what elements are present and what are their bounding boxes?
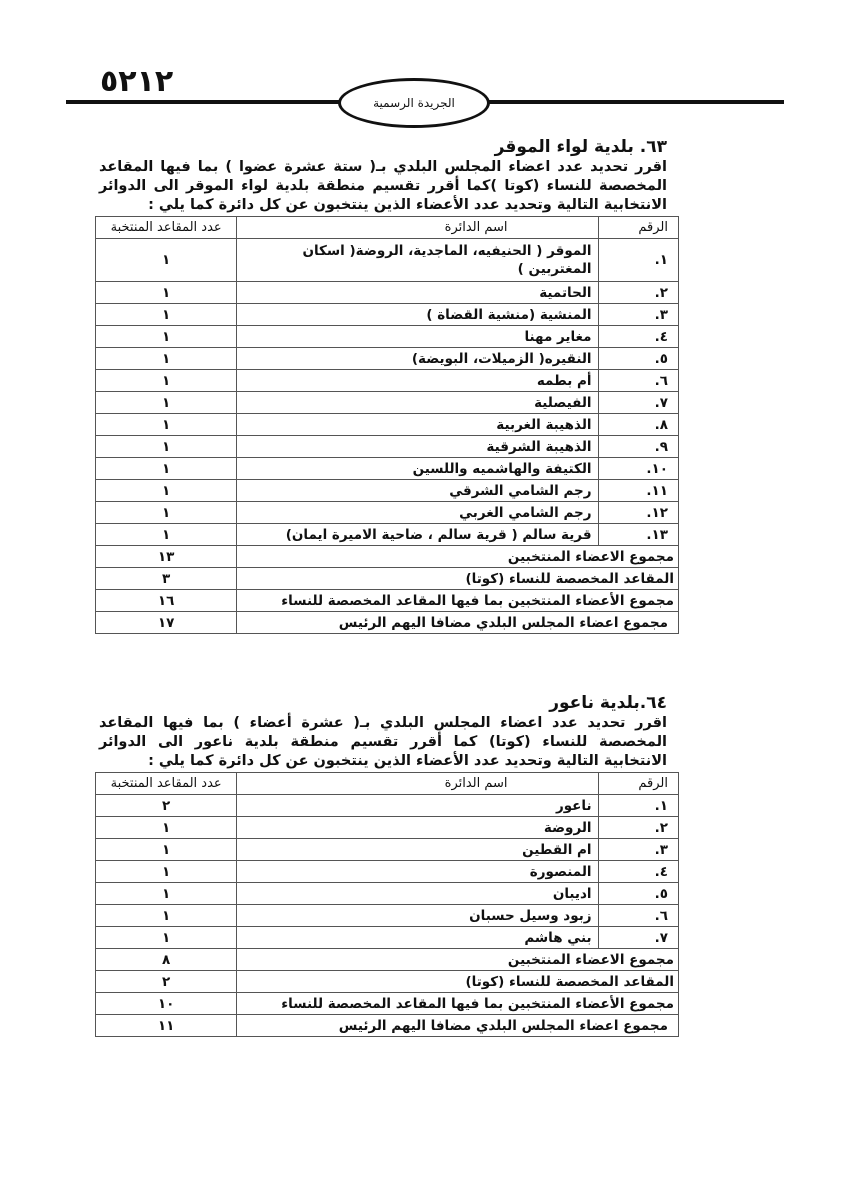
summary-row: مجموع الاعضاء المنتخبين ١٣ [96, 546, 679, 568]
summary-row: مجموع اعضاء المجلس البلدي مضافا اليهم ال… [96, 612, 679, 634]
table-row: ٩. الذهيبة الشرقية ١ [96, 436, 679, 458]
row-number: ٣. [598, 839, 678, 861]
summary-value: ١١ [96, 1015, 237, 1037]
gazette-oval: الجريدة الرسمية [338, 78, 490, 128]
row-seats: ١ [96, 392, 237, 414]
districts-table: الرقم اسم الدائرة عدد المقاعد المنتخبة ١… [95, 772, 679, 1037]
table-row: ٧. الفيصلية ١ [96, 392, 679, 414]
row-district: الذهيبة الشرقية [237, 436, 598, 458]
row-number: ٧. [598, 927, 678, 949]
section-intro: اقرر تحديد عدد اعضاء المجلس البلدي بـ( ع… [95, 714, 679, 771]
summary-value: ٣ [96, 568, 237, 590]
summary-row: المقاعد المخصصة للنساء (كوتا) ٢ [96, 971, 679, 993]
row-seats: ١ [96, 817, 237, 839]
table-row: ٦. زبود وسيل حسبان ١ [96, 905, 679, 927]
row-district: اديبان [237, 883, 598, 905]
summary-label: المقاعد المخصصة للنساء (كوتا) [237, 971, 679, 993]
page-number: ٥٢١٢ [100, 64, 173, 99]
section-title: ٦٣. بلدية لواء الموقر [95, 136, 679, 158]
row-number: ١٠. [598, 458, 678, 480]
row-district: بني هاشم [237, 927, 598, 949]
table-row: ٨. الذهيبة الغربية ١ [96, 414, 679, 436]
table-row: ١. الموقر ( الحنيفيه، الماجدية، الروضة( … [96, 239, 679, 282]
header-seats: عدد المقاعد المنتخبة [96, 773, 237, 795]
districts-table: الرقم اسم الدائرة عدد المقاعد المنتخبة ١… [95, 216, 679, 634]
row-seats: ١ [96, 436, 237, 458]
row-seats: ١ [96, 239, 237, 282]
row-number: ٥. [598, 348, 678, 370]
summary-label: مجموع اعضاء المجلس البلدي مضافا اليهم ال… [237, 612, 679, 634]
header-district: اسم الدائرة [237, 773, 598, 795]
summary-label: المقاعد المخصصة للنساء (كوتا) [237, 568, 679, 590]
row-number: ٦. [598, 905, 678, 927]
header-number: الرقم [598, 217, 678, 239]
table-row: ٦. أم بطمه ١ [96, 370, 679, 392]
row-number: ١. [598, 795, 678, 817]
summary-value: ١٧ [96, 612, 237, 634]
summary-label: مجموع الاعضاء المنتخبين [237, 546, 679, 568]
row-district: الحاتمية [237, 282, 598, 304]
row-seats: ١ [96, 370, 237, 392]
row-seats: ١ [96, 524, 237, 546]
row-number: ١١. [598, 480, 678, 502]
row-number: ٩. [598, 436, 678, 458]
header-seats: عدد المقاعد المنتخبة [96, 217, 237, 239]
row-number: ٧. [598, 392, 678, 414]
row-number: ٢. [598, 817, 678, 839]
table-row: ٣. المنشية (منشية القضاة ) ١ [96, 304, 679, 326]
row-district: ام القطين [237, 839, 598, 861]
row-district: الذهيبة الغربية [237, 414, 598, 436]
row-number: ٥. [598, 883, 678, 905]
table-row: ٥. النقيره( الزميلات، البويضة) ١ [96, 348, 679, 370]
table-row: ٢. الحاتمية ١ [96, 282, 679, 304]
table-row: ٢. الروضة ١ [96, 817, 679, 839]
summary-value: ١٣ [96, 546, 237, 568]
table-row: ٤. المنصورة ١ [96, 861, 679, 883]
summary-value: ١٦ [96, 590, 237, 612]
row-seats: ١ [96, 480, 237, 502]
row-district: الكتيفة والهاشميه واللسين [237, 458, 598, 480]
row-number: ١٢. [598, 502, 678, 524]
table-row: ٥. اديبان ١ [96, 883, 679, 905]
summary-row: مجموع الأعضاء المنتخبين بما فيها المقاعد… [96, 993, 679, 1015]
row-seats: ١ [96, 348, 237, 370]
row-district: رجم الشامي الغربي [237, 502, 598, 524]
table-row: ١٣. قرية سالم ( قرية سالم ، ضاحية الامير… [96, 524, 679, 546]
summary-label: مجموع الاعضاء المنتخبين [237, 949, 679, 971]
row-district: رجم الشامي الشرقي [237, 480, 598, 502]
summary-value: ١٠ [96, 993, 237, 1015]
table-row: ١٠. الكتيفة والهاشميه واللسين ١ [96, 458, 679, 480]
summary-row: المقاعد المخصصة للنساء (كوتا) ٣ [96, 568, 679, 590]
section-title: ٦٤.بلدية ناعور [95, 692, 679, 714]
row-district: الروضة [237, 817, 598, 839]
row-district: قرية سالم ( قرية سالم ، ضاحية الاميرة اي… [237, 524, 598, 546]
section-naour: ٦٤.بلدية ناعور اقرر تحديد عدد اعضاء المج… [95, 692, 679, 1037]
row-district: أم بطمه [237, 370, 598, 392]
table-row: ٣. ام القطين ١ [96, 839, 679, 861]
row-seats: ١ [96, 905, 237, 927]
table-row: ١١. رجم الشامي الشرقي ١ [96, 480, 679, 502]
row-seats: ١ [96, 282, 237, 304]
summary-label: مجموع الأعضاء المنتخبين بما فيها المقاعد… [237, 993, 679, 1015]
table-header-row: الرقم اسم الدائرة عدد المقاعد المنتخبة [96, 217, 679, 239]
row-number: ٨. [598, 414, 678, 436]
row-district: النقيره( الزميلات، البويضة) [237, 348, 598, 370]
row-district: الفيصلية [237, 392, 598, 414]
table-row: ١٢. رجم الشامي الغربي ١ [96, 502, 679, 524]
summary-value: ٢ [96, 971, 237, 993]
row-seats: ١ [96, 414, 237, 436]
summary-row: مجموع اعضاء المجلس البلدي مضافا اليهم ال… [96, 1015, 679, 1037]
row-number: ٢. [598, 282, 678, 304]
row-seats: ١ [96, 304, 237, 326]
row-number: ١. [598, 239, 678, 282]
row-seats: ١ [96, 861, 237, 883]
row-number: ٤. [598, 861, 678, 883]
row-number: ٦. [598, 370, 678, 392]
row-number: ٣. [598, 304, 678, 326]
row-district: زبود وسيل حسبان [237, 905, 598, 927]
table-row: ٤. مغاير مهنا ١ [96, 326, 679, 348]
section-intro: اقرر تحديد عدد اعضاء المجلس البلدي بـ( س… [95, 158, 679, 215]
row-seats: ١ [96, 502, 237, 524]
row-seats: ١ [96, 326, 237, 348]
summary-label: مجموع الأعضاء المنتخبين بما فيها المقاعد… [237, 590, 679, 612]
row-seats: ٢ [96, 795, 237, 817]
header-district: اسم الدائرة [237, 217, 598, 239]
row-district: الموقر ( الحنيفيه، الماجدية، الروضة( اسك… [237, 239, 598, 282]
row-number: ٤. [598, 326, 678, 348]
row-number: ١٣. [598, 524, 678, 546]
row-district: مغاير مهنا [237, 326, 598, 348]
section-mwaqqar: ٦٣. بلدية لواء الموقر اقرر تحديد عدد اعض… [95, 136, 679, 634]
row-seats: ١ [96, 927, 237, 949]
header-number: الرقم [598, 773, 678, 795]
summary-value: ٨ [96, 949, 237, 971]
table-row: ٧. بني هاشم ١ [96, 927, 679, 949]
summary-label: مجموع اعضاء المجلس البلدي مضافا اليهم ال… [237, 1015, 679, 1037]
row-seats: ١ [96, 458, 237, 480]
row-seats: ١ [96, 883, 237, 905]
table-header-row: الرقم اسم الدائرة عدد المقاعد المنتخبة [96, 773, 679, 795]
summary-row: مجموع الأعضاء المنتخبين بما فيها المقاعد… [96, 590, 679, 612]
gazette-name: الجريدة الرسمية [373, 96, 455, 110]
table-row: ١. ناعور ٢ [96, 795, 679, 817]
row-seats: ١ [96, 839, 237, 861]
row-district: ناعور [237, 795, 598, 817]
row-district: المنصورة [237, 861, 598, 883]
row-district: المنشية (منشية القضاة ) [237, 304, 598, 326]
summary-row: مجموع الاعضاء المنتخبين ٨ [96, 949, 679, 971]
